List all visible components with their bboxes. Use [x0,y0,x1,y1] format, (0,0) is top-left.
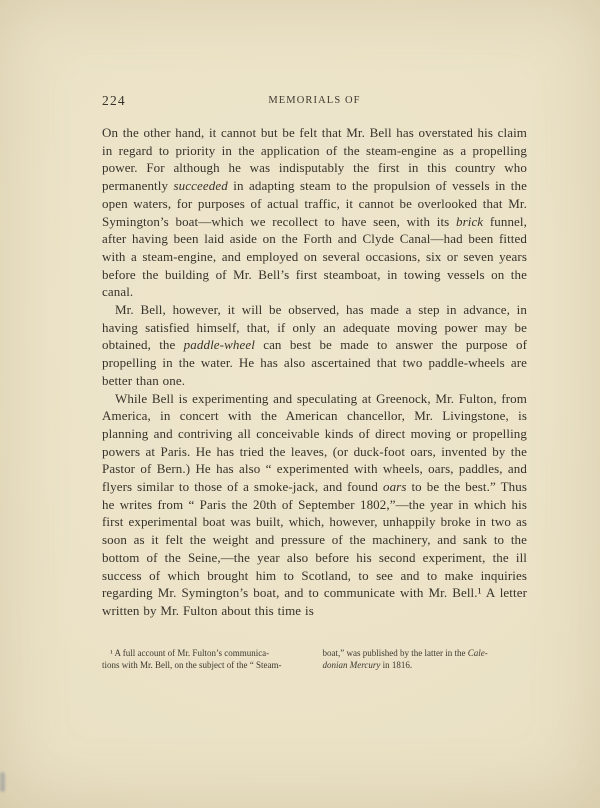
paragraph-3: While Bell is experimenting and speculat… [102,390,527,620]
paragraph-1: On the other hand, it cannot but be felt… [102,124,527,301]
footnote-column-left: ¹ A full account of Mr. Fulton’s communi… [102,647,307,672]
running-title: MEMORIALS OF [102,93,527,106]
paragraph-2: Mr. Bell, however, it will be observed, … [102,301,527,390]
running-header: 224 MEMORIALS OF [102,93,527,109]
footnote: ¹ A full account of Mr. Fulton’s communi… [102,647,527,672]
page-body: On the other hand, it cannot but be felt… [102,124,527,620]
scanned-book-page: 224 MEMORIALS OF On the other hand, it c… [0,0,600,808]
page-number: 224 [102,93,126,109]
scan-smudge-artifact [0,772,5,792]
footnote-column-right: boat,” was published by the latter in th… [323,647,528,672]
